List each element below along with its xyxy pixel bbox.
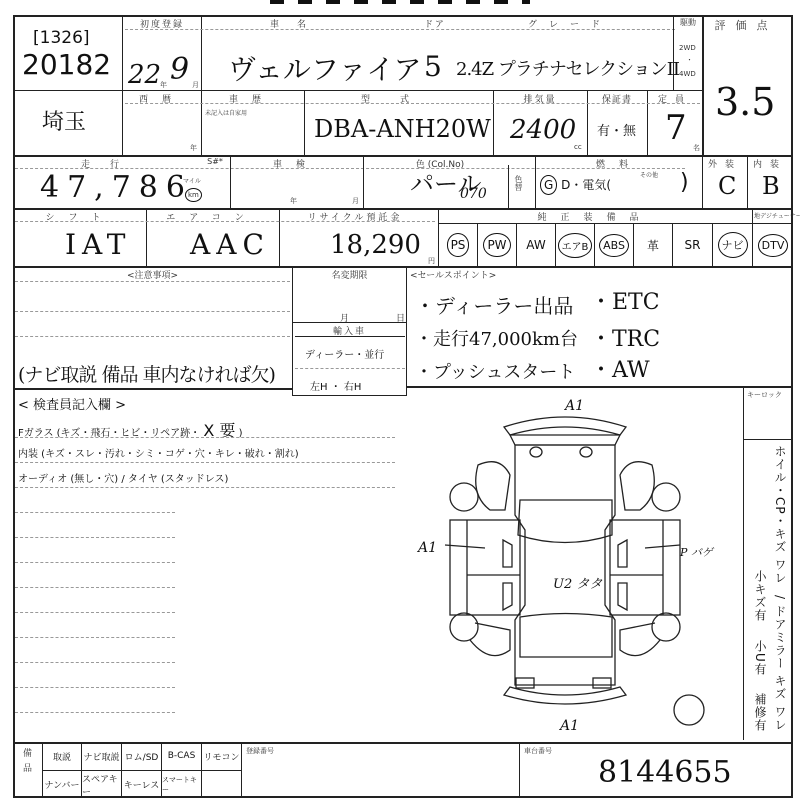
exterior-grade: C [718,172,736,200]
car-diagram [400,395,730,735]
sales-point-4: ・TRC [590,322,660,353]
yen-label: 円 [428,256,435,266]
inspector-line3: オーディオ (無し・穴) / タイヤ (スタッドレス) [18,470,228,485]
color-change-label: 色替 [513,175,524,191]
model: DBA-ANH20W [314,115,491,143]
mileage-s-label: S#* [200,157,230,166]
notes-label: <注意事項> [15,268,290,281]
sales-point-2: ・ETC [590,285,660,316]
km-circled: km [185,188,202,202]
fuel-gasoline-circled: G [540,175,557,195]
mileage-unit-km: km [185,188,202,202]
import-dealer: ディーラー・並行 [305,346,384,361]
capacity: 7 [665,108,687,148]
equip-dtv: DTV [752,224,793,266]
equip-abs: ABS [594,224,633,266]
acc-spare-key: スペアキー [81,770,121,798]
shaken-year: 年 [290,196,297,206]
shaken-month: 月 [352,196,359,206]
equip-airbag: エアB [555,224,594,266]
seireki-year-suffix: 年 [190,143,197,153]
import-handle: 左H ・ 右H [310,378,361,393]
interior-label: 内装 [748,157,792,170]
score: 3.5 [715,80,775,124]
lot-code: [1326] [33,28,90,48]
acc-navi-manual: ナビ取説 [81,742,121,770]
fuel-value: G D・電気( [540,175,611,195]
diagram-roof: U2 タタ [553,573,602,592]
aircon: AAC [190,228,270,261]
exterior-label: 外装 [703,157,747,170]
acc-bcas: B-CAS [161,742,201,770]
chassis-number-label: 車台番号 [524,746,552,756]
drive-4wd: 4WD [679,70,696,78]
acc-smart-key: スマートキー [161,770,201,798]
color-no: 070 [460,186,487,202]
notes-handwritten: (ナビ取説 備品 車内なければ欠) [18,360,275,387]
month-suffix: 月 [192,80,199,90]
fuel-other-label: その他 [640,170,658,179]
acc-manual: 取説 [42,742,81,770]
diagram-right: P バゲ [680,544,713,560]
year-suffix: 年 [160,80,167,90]
grade: 2.4Z プラチナセレクションII [456,55,679,81]
warranty-value: 有・無 [597,120,636,139]
side-note-2: / ドアミラー キズ ワレ [772,595,789,732]
key-lock-label: キーロック [747,390,782,400]
lot-number: 20182 [22,48,111,81]
equip-ps: PS [438,224,477,266]
fuel-label: 燃料 [536,157,702,170]
sales-point-3: ・走行47,000km台 [415,325,578,351]
first-reg-month: 9 [170,52,189,87]
reg-number-label: 登録番号 [246,746,274,756]
equip-pw: PW [477,224,516,266]
mileage: 47,786 [40,170,193,205]
chassis-number: 8144655 [598,755,732,790]
equip-navi: ナビ [712,224,752,266]
tuner-label: 地デジチューナー [754,211,800,220]
diagram-rear: A1 [560,718,579,734]
mileage-unit-mile: マイル [183,176,201,185]
side-note-3: 小キズ有 [752,570,769,622]
acc-keyless: キーレス [121,770,161,798]
fuel-rest: D・電気( [561,178,611,192]
car-name: ヴェルファイア [228,48,421,88]
first-reg-year: 22 [128,60,161,90]
persons-label: 名 [693,143,700,153]
inspector-line2: 内装 (キズ・スレ・汚れ・シミ・コゲ・穴・キレ・破れ・割れ) [18,445,299,460]
interior-grade: B [762,172,780,200]
drive-2wd: 2WD [679,44,696,52]
acc-rom-sd: ロム/SD [121,742,161,770]
shift: IAT [65,228,131,261]
sales-points-label: <セールスポイント> [410,268,496,281]
side-note-5: 補修有 [752,693,769,732]
region: 埼玉 [42,105,86,136]
equip-sunroof: SR [672,224,712,266]
name-change-label: 名変期限 [293,268,406,281]
acc-number: ナンバー [42,770,81,798]
recycle-fee: 18,290 [330,230,421,260]
sales-point-5: ・プッシュスタート [415,358,575,384]
diagram-left: A1 [418,540,437,556]
equip-leather: 革 [633,224,672,266]
sales-point-1: ・ディーラー出品 [415,290,573,319]
fuel-close: ) [680,170,689,195]
acc-remote: リモコン [201,742,241,770]
diagram-front: A1 [565,398,584,414]
accessories-label: 備品 [20,748,33,778]
displacement: 2400 [510,115,576,145]
acc-blank [201,770,241,798]
equipment-label: 純正装備品 [440,210,750,223]
cc-label: cc [574,143,582,151]
side-note-4: 小U有 [752,640,769,676]
score-label: 評価点 [704,17,788,33]
shaken-label: 車検 [231,157,361,170]
side-note-1: ホイル・CP・キズ ワレ [772,445,789,584]
equip-aw: AW [516,224,555,266]
sales-point-6: ・AW [590,353,650,384]
inspector-label: < 検査員記入欄 > [18,394,126,413]
drive-label: 駆動 [674,17,702,28]
doors: 5 [424,50,442,83]
title-strip [270,0,530,4]
history-note: 未記入は自家用 [205,108,247,117]
